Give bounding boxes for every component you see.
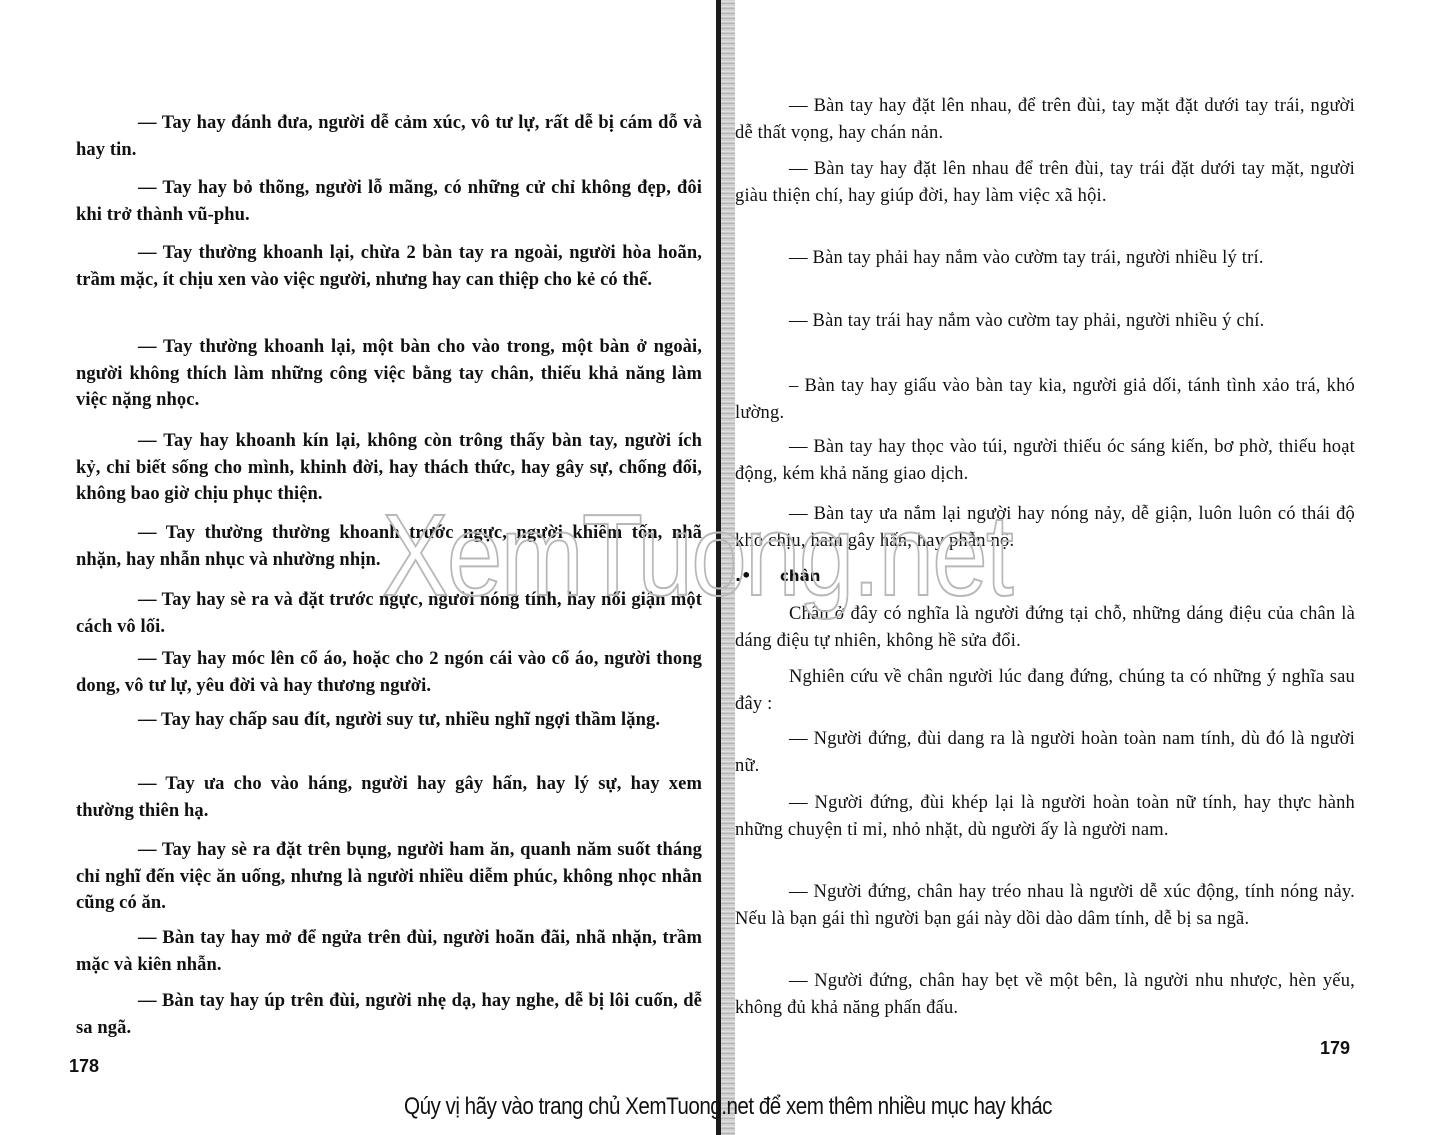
- page-number-right: 179: [1320, 1038, 1350, 1059]
- paragraph: — Bàn tay phải hay nắm vào cườm tay trái…: [735, 245, 1355, 272]
- paragraph: — Tay hay khoanh kín lại, không còn trôn…: [76, 428, 702, 508]
- paragraph: — Bàn tay hay úp trên đùi, người nhẹ dạ,…: [76, 988, 702, 1041]
- right-page: — Bàn tay hay đặt lên nhau, để trên đùi,…: [735, 0, 1456, 1080]
- left-page: — Tay hay đánh đưa, người dễ cảm xúc, vô…: [0, 0, 718, 1080]
- paragraph: — Bàn tay hay thọc vào túi, người thiếu …: [735, 434, 1355, 487]
- paragraph: — Tay hay đánh đưa, người dễ cảm xúc, vô…: [76, 110, 702, 163]
- paragraph: — Người đứng, chân hay bẹt về một bên, l…: [735, 968, 1355, 1021]
- paragraph: — Tay ưa cho vào háng, người hay gây hấn…: [76, 771, 702, 824]
- paragraph: — Tay hay sè ra đặt trên bụng, người ham…: [76, 837, 702, 917]
- paragraph: — Người đứng, đùi khép lại là người hoàn…: [735, 790, 1355, 843]
- paragraph: — Tay thường khoanh lại, một bàn cho vào…: [76, 334, 702, 414]
- paragraph: — Bàn tay hay mở để ngửa trên đùi, người…: [76, 925, 702, 978]
- paragraph: – Bàn tay hay giấu vào bàn tay kia, ngườ…: [735, 373, 1355, 426]
- section-heading: .•chân: [735, 566, 820, 585]
- book-spine-shadow: [721, 0, 735, 1135]
- paragraph: — Bàn tay ưa nắm lại người hay nóng nảy,…: [735, 501, 1355, 554]
- paragraph: — Tay hay móc lên cổ áo, hoặc cho 2 ngón…: [76, 646, 702, 699]
- section-bullet: .•: [735, 566, 780, 585]
- section-title: chân: [780, 567, 820, 585]
- paragraph: — Tay hay bỏ thõng, người lỗ mãng, có nh…: [76, 175, 702, 228]
- paragraph: — Người đứng, đùi dang ra là người hoàn …: [735, 726, 1355, 779]
- paragraph: — Bàn tay hay đặt lên nhau, để trên đùi,…: [735, 93, 1355, 146]
- paragraph: — Bàn tay hay đặt lên nhau để trên đùi, …: [735, 156, 1355, 209]
- footer-caption: Qúy vị hãy vào trang chủ XemTuong.net để…: [102, 1093, 1354, 1121]
- page-number-left: 178: [69, 1056, 99, 1077]
- paragraph: — Tay hay sè ra và đặt trước ngực, người…: [76, 587, 702, 640]
- paragraph: — Tay thường khoanh lại, chừa 2 bàn tay …: [76, 240, 702, 293]
- paragraph: Nghiên cứu về chân người lúc đang đứng, …: [735, 664, 1355, 717]
- paragraph: Chân ở đây có nghĩa là người đứng tại ch…: [735, 601, 1355, 654]
- paragraph: — Tay hay chấp sau đít, người suy tư, nh…: [76, 707, 702, 734]
- paragraph: — Bàn tay trái hay nắm vào cườm tay phải…: [735, 308, 1355, 335]
- paragraph: — Người đứng, chân hay tréo nhau là ngườ…: [735, 879, 1355, 932]
- footer-link[interactable]: Qúy vị hãy vào trang chủ XemTuong.net để…: [404, 1093, 1052, 1120]
- paragraph: — Tay thường thường khoanh trước ngực, n…: [76, 520, 702, 573]
